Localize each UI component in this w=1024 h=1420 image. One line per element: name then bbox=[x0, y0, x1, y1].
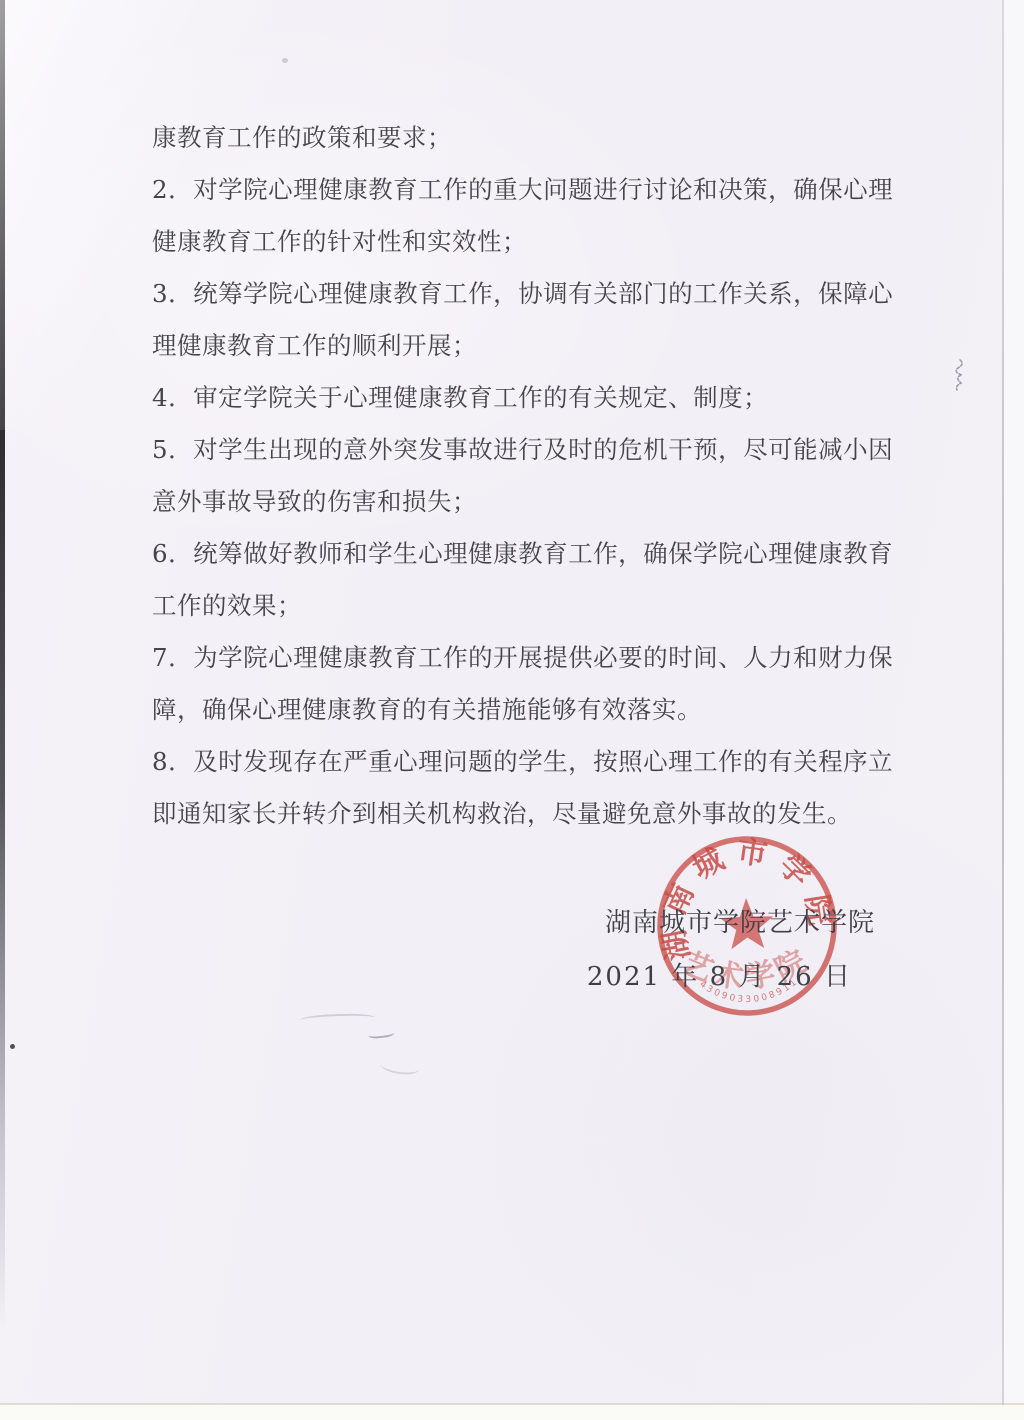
document-line: 理健康教育工作的顺利开展； bbox=[152, 320, 882, 372]
document-line: 3．统筹学院心理健康教育工作，协调有关部门的工作关系，保障心 bbox=[152, 268, 882, 320]
document-line: 4．审定学院关于心理健康教育工作的有关规定、制度； bbox=[152, 372, 882, 424]
document-line: 障，确保心理健康教育的有关措施能够有效落实。 bbox=[152, 684, 882, 736]
signature-organization: 湖南城市学院艺术学院 bbox=[605, 902, 875, 939]
scanned-page: 康教育工作的政策和要求；2．对学院心理健康教育工作的重大问题进行讨论和决策，确保… bbox=[0, 0, 1024, 1420]
document-line: 8．及时发现存在严重心理问题的学生，按照心理工作的有关程序立 bbox=[152, 736, 882, 788]
document-line: 5．对学生出现的意外突发事故进行及时的危机干预，尽可能减小因 bbox=[152, 424, 882, 476]
seal-rim-text: 湖南城市学院 bbox=[649, 828, 840, 964]
document-line: 健康教育工作的针对性和实效性； bbox=[152, 216, 882, 268]
document-line: 意外事故导致的伤害和损失； bbox=[152, 476, 882, 528]
document-line: 6．统筹做好教师和学生心理健康教育工作，确保学院心理健康教育 bbox=[152, 528, 882, 580]
document-line: 2．对学院心理健康教育工作的重大问题进行讨论和决策，确保心理 bbox=[152, 164, 882, 216]
document-line: 康教育工作的政策和要求； bbox=[152, 112, 882, 164]
signature-date: 2021 年 8 月 26 日 bbox=[587, 956, 852, 993]
document-body: 康教育工作的政策和要求；2．对学院心理健康教育工作的重大问题进行讨论和决策，确保… bbox=[152, 112, 882, 840]
document-line: 工作的效果； bbox=[152, 580, 882, 632]
document-line: 7．为学院心理健康教育工作的开展提供必要的时间、人力和财力保 bbox=[152, 632, 882, 684]
